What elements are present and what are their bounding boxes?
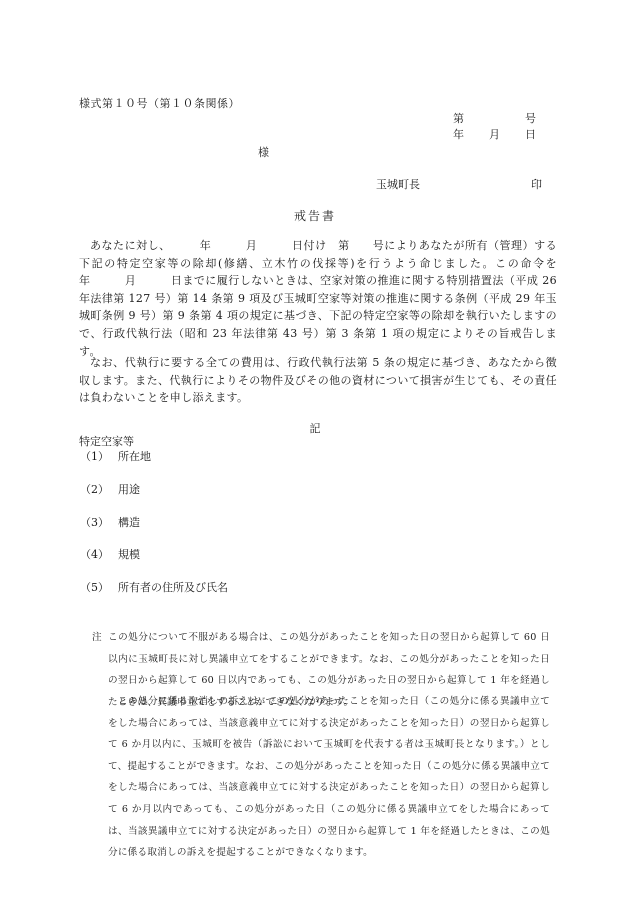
date-year: 年	[453, 127, 464, 143]
list-item-owner: （5）所有者の住所及び氏名	[80, 580, 228, 596]
body-paragraph-costs: なお、代執行に要する全ての費用は、行政代執行法第 5 条の規定に基づき、あなたか…	[79, 354, 557, 407]
list-item-scale: （4）規模	[80, 547, 140, 563]
seal-mark: 印	[531, 177, 542, 193]
form-number: 様式第１０号（第１０条関係）	[79, 96, 240, 112]
list-item-number: （4）	[80, 547, 118, 563]
issuer-name: 玉城町長	[376, 177, 420, 193]
body-paragraph-warning: あなたに対し、 年 月 日付け 第 号によりあなたが所有（管理）する下記の特定空…	[79, 237, 557, 360]
list-item-number: （2）	[80, 482, 118, 498]
date-day: 日	[525, 127, 536, 143]
list-item-number: （1）	[80, 449, 118, 465]
reference-number: 第 号	[453, 111, 549, 127]
list-item-location: （1）所在地	[80, 449, 151, 465]
list-item-label: 構造	[118, 516, 140, 529]
list-item-label: 規模	[118, 548, 140, 561]
document-title: 戒告書	[0, 207, 630, 224]
list-heading: 特定空家等	[79, 433, 134, 449]
list-item-label: 所在地	[118, 450, 151, 463]
date-month: 月	[489, 127, 500, 143]
note-revocation-suit: この処分に係る取消しの訴えは、この処分があったことを知った日（この処分に係る異議…	[92, 691, 550, 864]
list-item-structure: （3）構造	[80, 515, 140, 531]
list-item-label: 所有者の住所及び氏名	[118, 581, 228, 594]
reference-number-suffix: 号	[525, 111, 536, 127]
list-item-usage: （2）用途	[80, 482, 140, 498]
note-label: 注	[92, 627, 102, 649]
list-item-label: 用途	[118, 483, 140, 496]
reference-number-prefix: 第	[453, 112, 464, 125]
list-item-number: （5）	[80, 580, 118, 596]
list-item-number: （3）	[80, 515, 118, 531]
addressee-honorific: 様	[258, 145, 269, 161]
